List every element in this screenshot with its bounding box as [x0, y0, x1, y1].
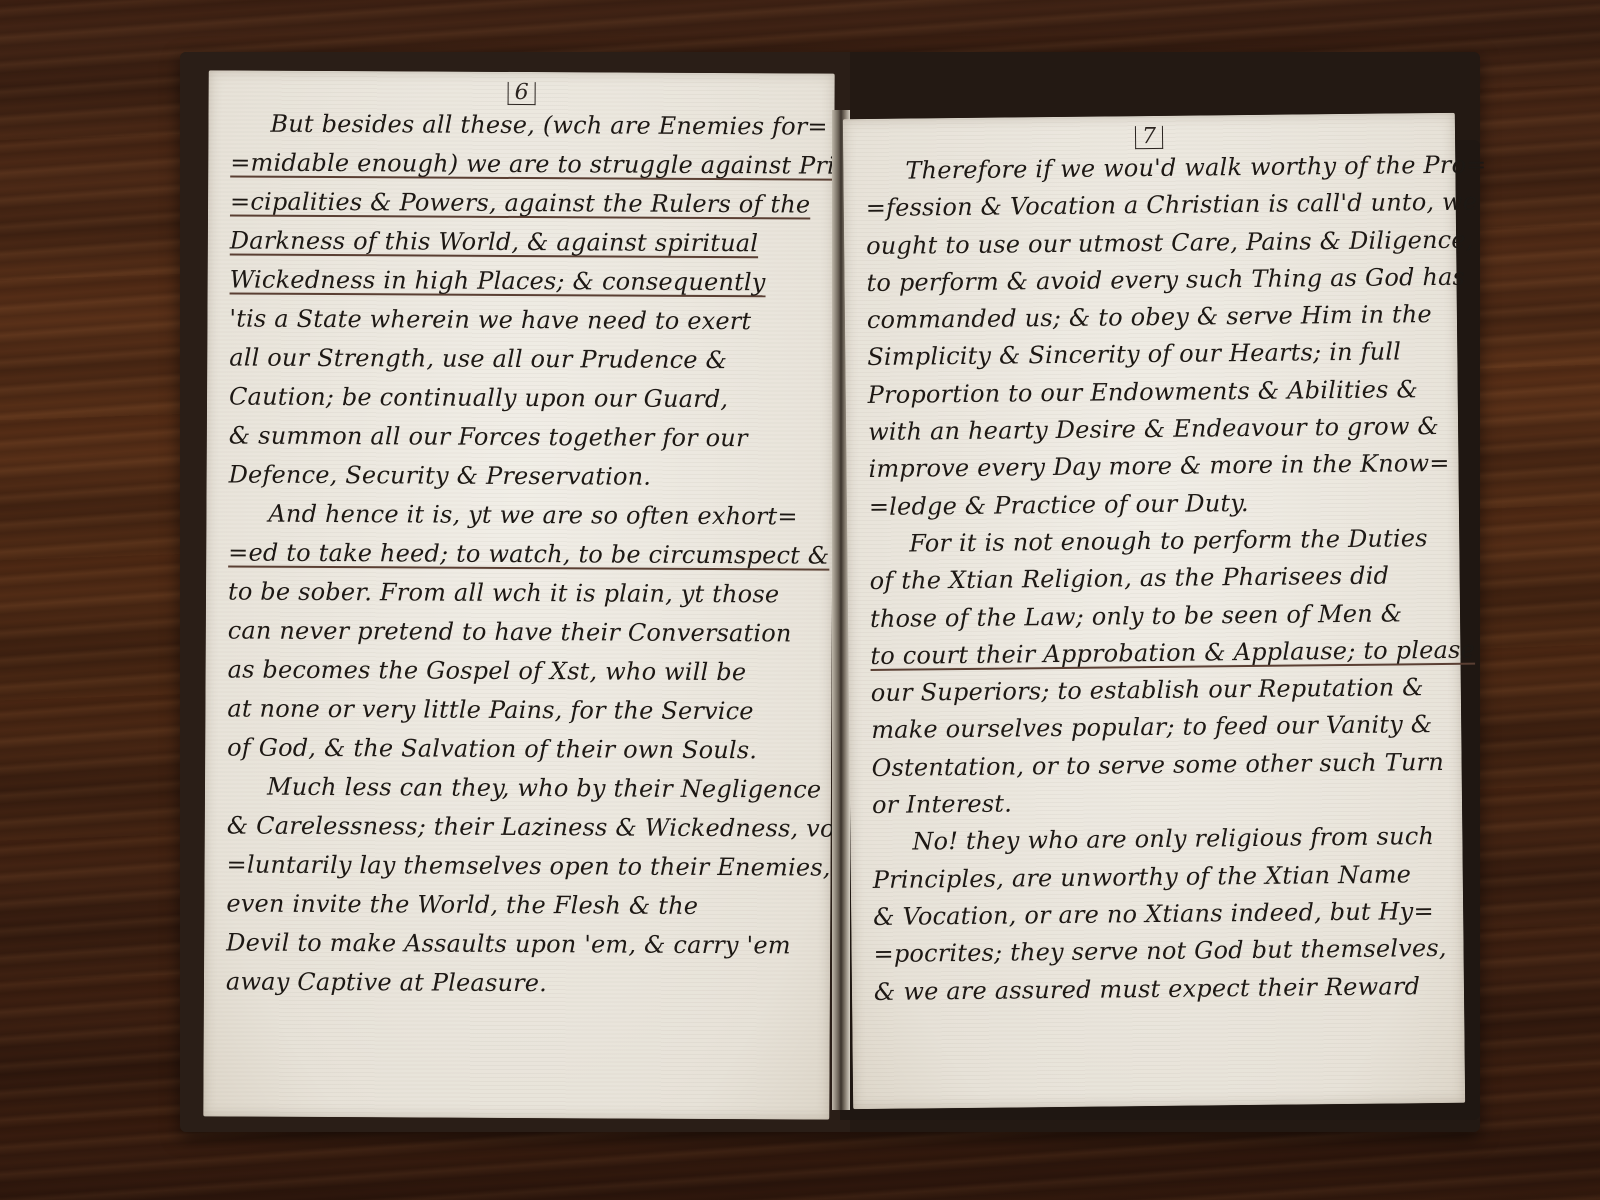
manuscript-line: with an hearty Desire & Endeavour to gro… — [868, 408, 1444, 451]
manuscript-line: ought to use our utmost Care, Pains & Di… — [866, 222, 1442, 265]
page-number-left: 6 — [508, 82, 536, 105]
manuscript-line: =midable enough) we are to struggle agai… — [230, 143, 820, 185]
manuscript-line: improve every Day more & more in the Kno… — [868, 445, 1444, 488]
manuscript-line: Much less can they, who by their Neglige… — [227, 767, 817, 809]
manuscript-line: of the Xtian Religion, as the Pharisees … — [869, 557, 1445, 600]
manuscript-line: Defence, Security & Preservation. — [229, 455, 819, 497]
manuscript-line: No! they who are only religious from suc… — [872, 818, 1448, 861]
manuscript-line: And hence it is, yt we are so often exho… — [228, 494, 818, 536]
manuscript-line: or Interest. — [872, 781, 1448, 824]
manuscript-line: at none or very little Pains, for the Se… — [227, 689, 817, 731]
manuscript-line: & summon all our Forces together for our — [229, 416, 819, 458]
manuscript-line: commanded us; & to obey & serve Him in t… — [867, 296, 1443, 339]
manuscript-line: of God, & the Salvation of their own Sou… — [227, 728, 817, 770]
manuscript-line: Wickedness in high Places; & consequentl… — [230, 260, 820, 302]
manuscript-line: =pocrites; they serve not God but themse… — [873, 930, 1449, 973]
manuscript-line: to court their Approbation & Applause; t… — [870, 632, 1446, 675]
manuscript-line: & Carelessness; their Laziness & Wickedn… — [227, 806, 817, 848]
manuscript-line: to perform & avoid every such Thing as G… — [866, 259, 1442, 302]
manuscript-line: even invite the World, the Flesh & the — [226, 884, 816, 926]
manuscript-line: away Captive at Pleasure. — [226, 962, 816, 1004]
manuscript-line: Therefore if we wou'd walk worthy of the… — [865, 147, 1441, 190]
manuscript-line: as becomes the Gospel of Xst, who will b… — [228, 650, 818, 692]
page-number-right: 7 — [1135, 126, 1163, 149]
manuscript-line: Caution; be continually upon our Guard, — [229, 377, 819, 419]
manuscript-line: =fession & Vocation a Christian is call'… — [866, 184, 1442, 227]
manuscript-line: those of the Law; only to be seen of Men… — [870, 595, 1446, 638]
manuscript-line: all our Strength, use all our Prudence & — [229, 338, 819, 380]
manuscript-line: =luntarily lay themselves open to their … — [226, 845, 816, 887]
manuscript-line: & Vocation, or are no Xtians indeed, but… — [873, 893, 1449, 936]
manuscript-line: make ourselves popular; to feed our Vani… — [871, 706, 1447, 749]
manuscript-line: Devil to make Assaults upon 'em, & carry… — [226, 923, 816, 965]
manuscript-line: Principles, are unworthy of the Xtian Na… — [873, 856, 1449, 899]
manuscript-line: =ed to take heed; to watch, to be circum… — [228, 533, 818, 575]
manuscript-line: =ledge & Practice of our Duty. — [869, 483, 1445, 526]
manuscript-line: Darkness of this World, & against spirit… — [230, 221, 820, 263]
manuscript-line: to be sober. From all wch it is plain, y… — [228, 572, 818, 614]
manuscript-line: =cipalities & Powers, against the Rulers… — [230, 182, 820, 224]
left-page-text: But besides all these, (wch are Enemies … — [226, 104, 821, 1004]
manuscript-line: Simplicity & Sincerity of our Hearts; in… — [867, 333, 1443, 376]
manuscript-line: Proportion to our Endowments & Abilities… — [868, 371, 1444, 414]
manuscript-line: 'tis a State wherein we have need to exe… — [229, 299, 819, 341]
manuscript-line: & we are assured must expect their Rewar… — [874, 967, 1450, 1010]
manuscript-line: For it is not enough to perform the Duti… — [869, 520, 1445, 563]
manuscript-line: can never pretend to have their Conversa… — [228, 611, 818, 653]
manuscript-line: But besides all these, (wch are Enemies … — [230, 104, 820, 146]
manuscript-line: our Superiors; to establish our Reputati… — [871, 669, 1447, 712]
manuscript-line: Ostentation, or to serve some other such… — [871, 744, 1447, 787]
right-page-text: Therefore if we wou'd walk worthy of the… — [865, 147, 1450, 1011]
right-page: 7 Therefore if we wou'd walk worthy of t… — [843, 113, 1465, 1109]
left-page: 6 But besides all these, (wch are Enemie… — [203, 70, 834, 1119]
